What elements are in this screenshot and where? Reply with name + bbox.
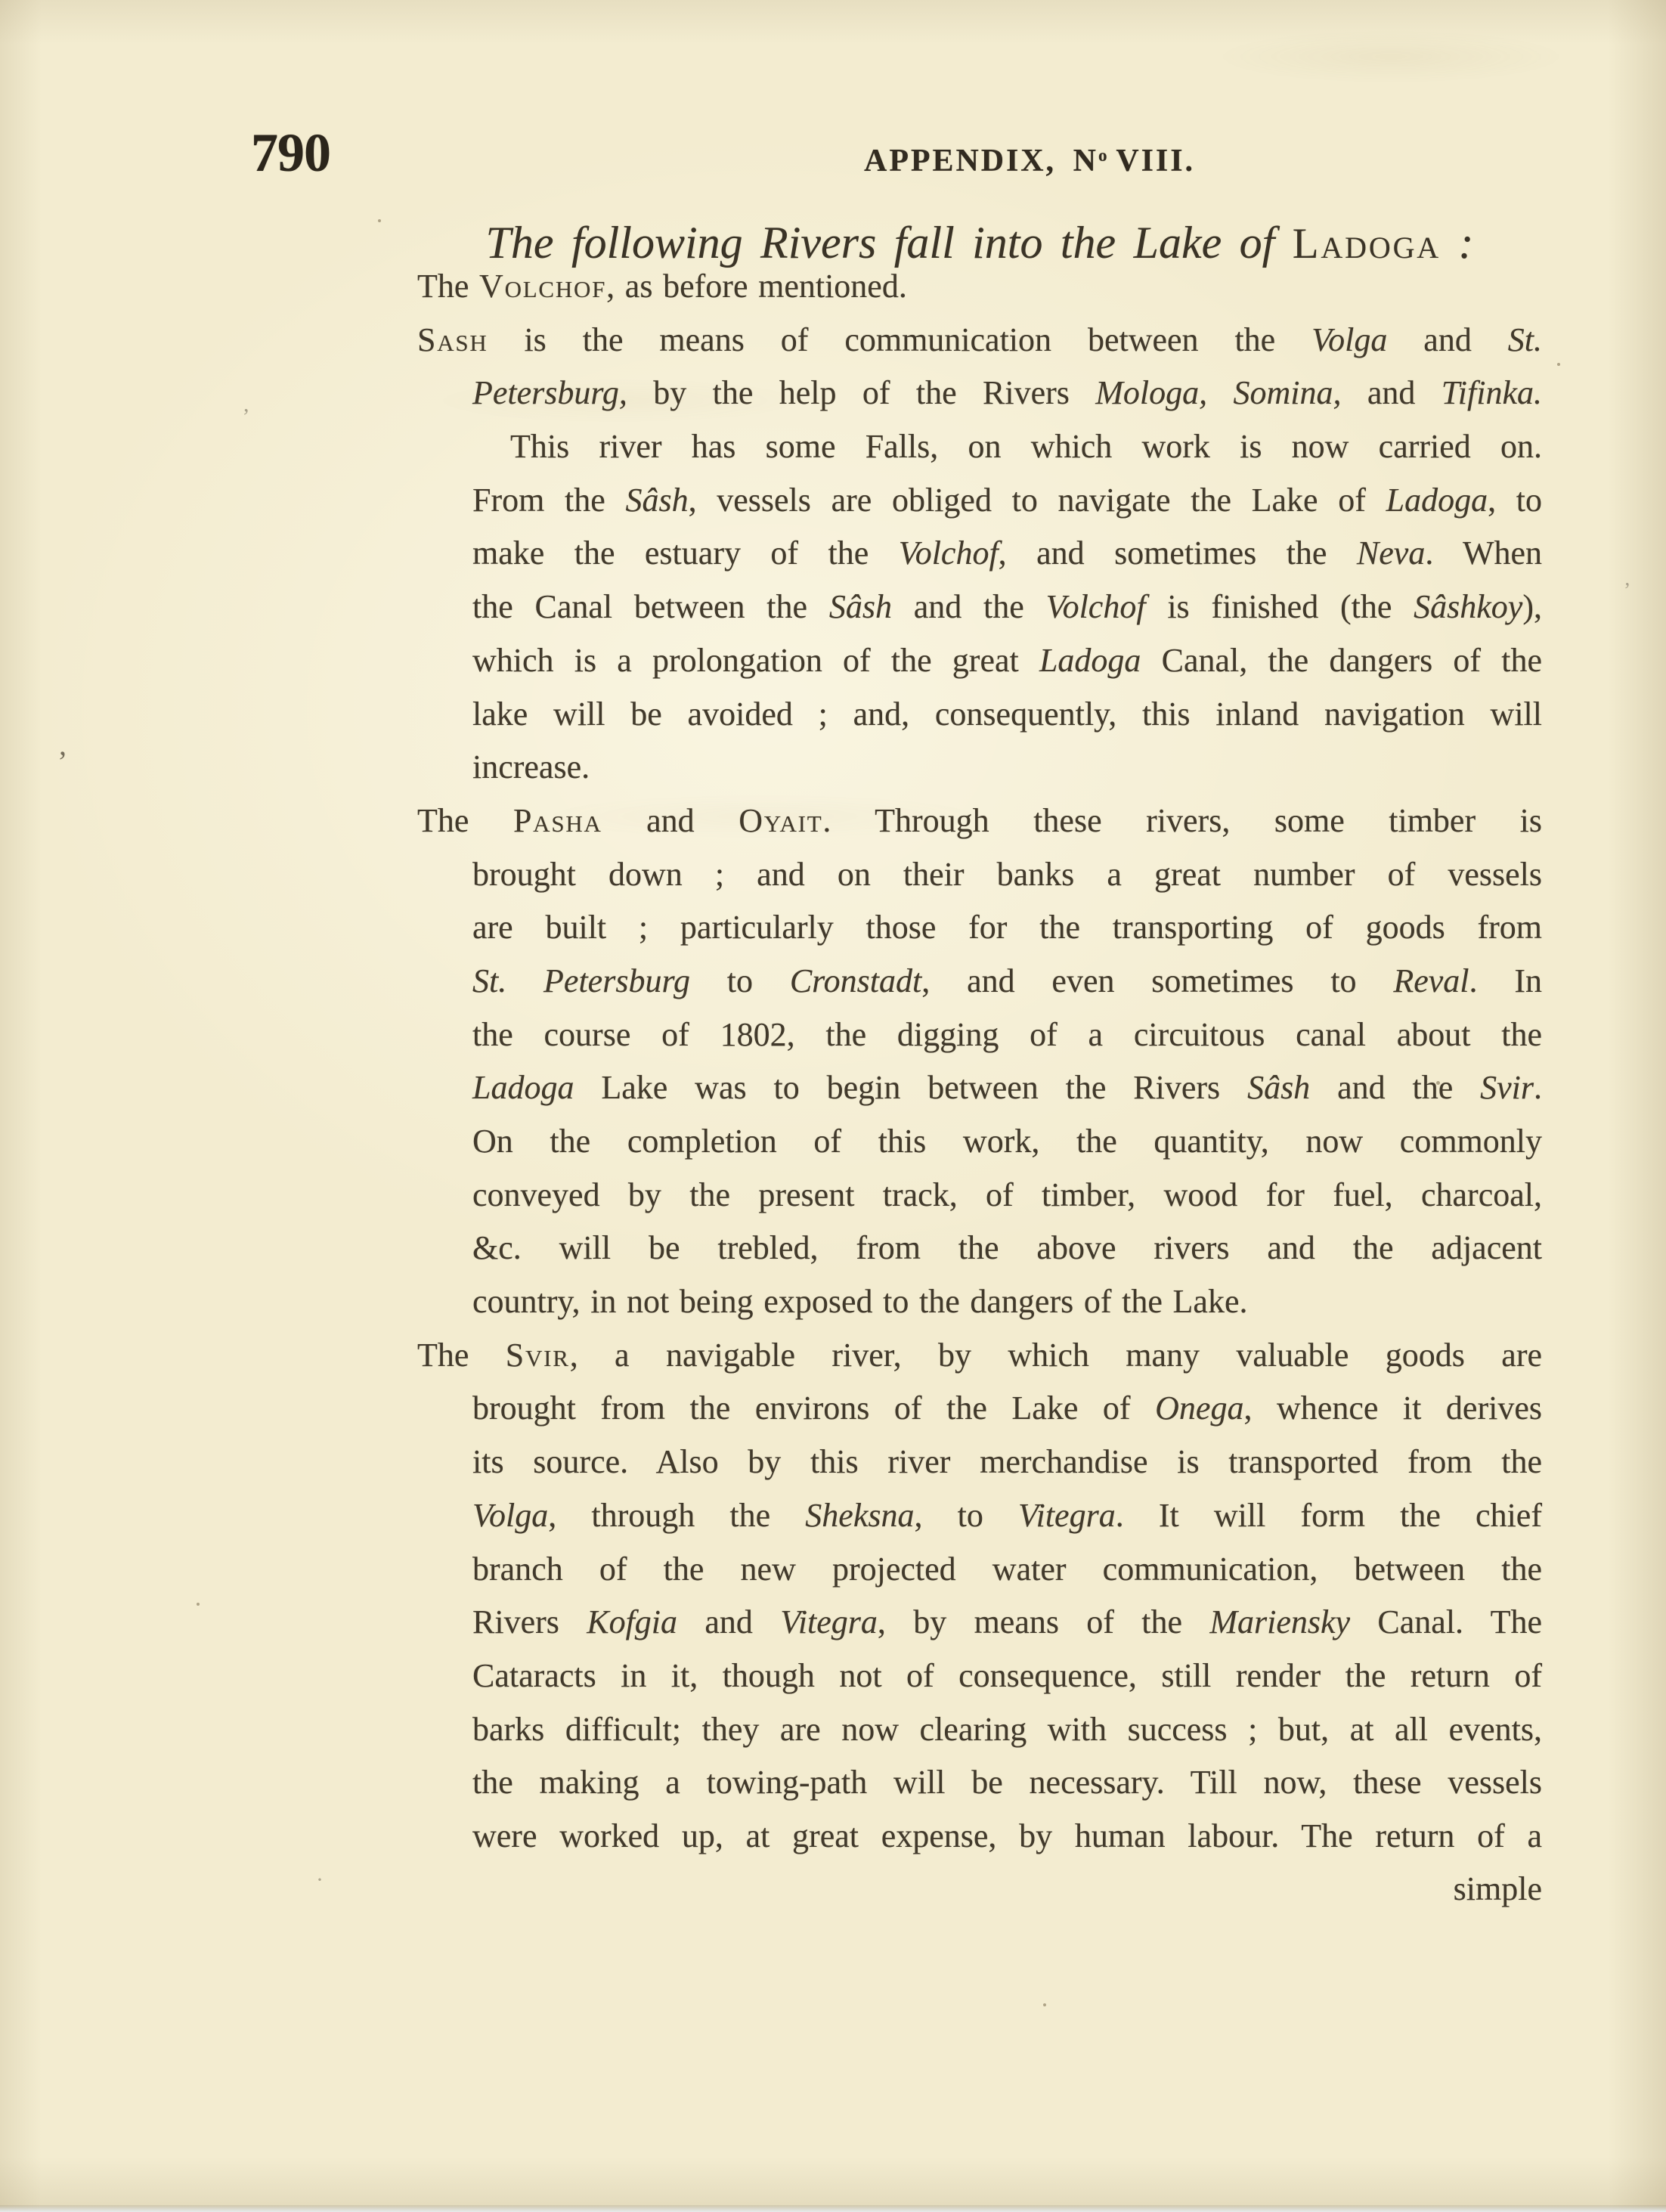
- text-segment: , whence it derives: [1243, 1389, 1542, 1427]
- text-segment: its source. Also by this river merchandi…: [472, 1443, 1542, 1480]
- text-segment: , vessels are obliged to navigate the La…: [689, 482, 1386, 519]
- text-segment: , and even sometimes to: [921, 962, 1393, 999]
- text-segment: lake will be avoided ; and, consequently…: [472, 696, 1542, 733]
- text-line: Volga, through the Sheksna, to Vitegra. …: [417, 1489, 1542, 1543]
- scan-edge: [0, 2205, 1666, 2212]
- text-line: Rivers Kofgia and Vitegra, by means of t…: [417, 1596, 1542, 1650]
- text-line: The Pasha and Oyait. Through these river…: [417, 795, 1542, 848]
- text-segment: Tifinka.: [1441, 374, 1542, 411]
- text-segment: Sâsh: [1247, 1069, 1310, 1106]
- text-segment: Svir: [1480, 1069, 1534, 1106]
- text-segment: and: [677, 1603, 780, 1640]
- text-line: brought from the environs of the Lake of…: [417, 1382, 1542, 1436]
- text-segment: Petersburg,: [472, 374, 627, 411]
- text-segment: This river has some Falls, on which work…: [510, 428, 1542, 465]
- text-segment: and: [1387, 321, 1507, 358]
- text-line: branch of the new projected water commun…: [417, 1543, 1542, 1597]
- text-segment: Volga: [472, 1497, 548, 1534]
- text-line: barks difficult; they are now clearing w…: [417, 1703, 1542, 1757]
- text-segment: .: [1534, 1069, 1542, 1106]
- text-segment: . It will form the chief: [1116, 1497, 1542, 1534]
- text-segment: Oyait: [739, 802, 822, 839]
- text-line: St. Petersburg to Cronstadt, and even so…: [417, 955, 1542, 1008]
- text-line: &c. will be trebled, from the above rive…: [417, 1222, 1542, 1275]
- text-segment: , as before mentioned.: [606, 268, 907, 305]
- text-segment: , through the: [548, 1497, 805, 1534]
- scan-artifact: ’: [1624, 581, 1630, 602]
- text-segment: were worked up, at great expense, by hum…: [472, 1817, 1542, 1854]
- text-segment: Mariensky: [1209, 1603, 1350, 1640]
- show-through-smudge: [1209, 30, 1572, 83]
- text-line: country, in not being exposed to the dan…: [417, 1275, 1542, 1329]
- text-line: its source. Also by this river merchandi…: [417, 1436, 1542, 1489]
- text-segment: Onega: [1155, 1389, 1243, 1427]
- text-segment: by the help of the Rivers: [627, 374, 1095, 411]
- text-segment: Cataracts in it, though not of consequen…: [472, 1657, 1542, 1694]
- text-segment: . When: [1425, 534, 1542, 572]
- text-line: This river has some Falls, on which work…: [417, 420, 1542, 474]
- text-segment: Somina,: [1234, 374, 1342, 411]
- text-line: increase.: [417, 741, 1542, 795]
- paper-speck: [1043, 2003, 1046, 2006]
- text-line: the course of 1802, the digging of a cir…: [417, 1008, 1542, 1062]
- text-segment: Vitegra: [780, 1603, 878, 1640]
- text-segment: brought from the environs of the Lake of: [472, 1389, 1155, 1427]
- text-segment: brought down ; and on their banks a grea…: [472, 856, 1542, 893]
- text-segment: increase.: [472, 748, 590, 785]
- text-line: are built ; particularly those for the t…: [417, 901, 1542, 955]
- text-segment: ),: [1522, 588, 1542, 625]
- text-segment: which is a prolongation of the great: [472, 642, 1039, 679]
- text-segment: Sâshkoy: [1414, 588, 1522, 625]
- paper-speck: [197, 1603, 200, 1606]
- scan-artifact: ·: [316, 1869, 324, 1891]
- text-segment: , by means of the: [878, 1603, 1209, 1640]
- text-segment: Ladoga: [1039, 642, 1141, 679]
- text-segment: Lake was to begin between the Rivers: [574, 1069, 1247, 1106]
- paper-speck: [1557, 363, 1560, 366]
- text-segment: Sâsh: [625, 482, 688, 519]
- text-line: were worked up, at great expense, by hum…: [417, 1810, 1542, 1863]
- text-segment: Sash: [417, 321, 488, 358]
- text-segment: Mologa,: [1095, 374, 1207, 411]
- catchword: simple: [417, 1863, 1542, 1916]
- text-segment: St. Petersburg: [472, 962, 690, 999]
- text-segment: barks difficult; they are now clearing w…: [472, 1711, 1542, 1748]
- text-segment: The: [417, 268, 479, 305]
- text-segment: Volchof: [899, 534, 999, 572]
- text-segment: [1207, 374, 1233, 411]
- text-segment: The: [417, 1337, 506, 1374]
- text-segment: branch of the new projected water commun…: [472, 1551, 1542, 1588]
- text-segment: , to: [1488, 482, 1542, 519]
- text-segment: , a navigable river, by which many valua…: [570, 1337, 1542, 1374]
- page-number: 790: [251, 125, 330, 180]
- text-line: Sash is the means of communication betwe…: [417, 314, 1542, 367]
- text-line: Ladoga Lake was to begin between the Riv…: [417, 1061, 1542, 1115]
- text-segment: Kofgia: [587, 1603, 677, 1640]
- text-segment: Ladoga: [472, 1069, 574, 1106]
- text-segment: to: [690, 962, 790, 999]
- text-segment: Reval: [1393, 962, 1469, 999]
- text-segment: On the completion of this work, the quan…: [472, 1123, 1542, 1160]
- running-header-prefix: APPENDIX, N: [864, 144, 1098, 178]
- text-segment: the course of 1802, the digging of a cir…: [472, 1016, 1542, 1053]
- text-segment: Neva: [1357, 534, 1425, 572]
- text-segment: Sâsh: [829, 588, 892, 625]
- text-segment: Svir: [506, 1337, 570, 1374]
- text-segment: . Through these rivers, some timber is: [822, 802, 1542, 839]
- text-line: conveyed by the present track, of timber…: [417, 1169, 1542, 1222]
- text-line: which is a prolongation of the great Lad…: [417, 634, 1542, 688]
- text-segment: Cronstadt: [790, 962, 921, 999]
- scanned-book-page: 790 APPENDIX, NoVIII. The following Rive…: [0, 0, 1666, 2212]
- text-segment: and: [1342, 374, 1441, 411]
- text-line: On the completion of this work, the quan…: [417, 1115, 1542, 1169]
- text-segment: the making a towing-path will be necessa…: [472, 1764, 1542, 1801]
- text-line: Cataracts in it, though not of consequen…: [417, 1650, 1542, 1703]
- text-segment: Ladoga: [1386, 482, 1488, 519]
- text-segment: Sheksna: [805, 1497, 914, 1534]
- paper-speck: [378, 219, 381, 222]
- text-segment: country, in not being exposed to the dan…: [472, 1283, 1248, 1320]
- text-segment: , to: [914, 1497, 1018, 1534]
- body-text: The Volchof, as before mentioned.Sash is…: [417, 260, 1542, 1863]
- text-segment: make the estuary of the: [472, 534, 899, 572]
- text-segment: Pasha: [513, 802, 602, 839]
- text-segment: Volchof: [1046, 588, 1146, 625]
- running-header-ordinal: o: [1098, 145, 1110, 165]
- text-line: the Canal between the Sâsh and the Volch…: [417, 581, 1542, 634]
- text-line: the making a towing-path will be necessa…: [417, 1756, 1542, 1810]
- text-segment: , and sometimes the: [999, 534, 1357, 572]
- text-line: The Svir, a navigable river, by which ma…: [417, 1329, 1542, 1383]
- text-segment: conveyed by the present track, of timber…: [472, 1176, 1542, 1213]
- text-segment: . In: [1469, 962, 1542, 999]
- text-segment: Canal, the dangers of the: [1141, 642, 1542, 679]
- text-segment: Vitegra: [1018, 1497, 1116, 1534]
- text-line: brought down ; and on their banks a grea…: [417, 848, 1542, 902]
- running-header-suffix: VIII.: [1116, 144, 1195, 178]
- text-segment: From the: [472, 482, 625, 519]
- running-header: APPENDIX, NoVIII.: [467, 145, 1592, 177]
- text-segment: &c. will be trebled, from the above rive…: [472, 1229, 1542, 1266]
- text-line: From the Sâsh, vessels are obliged to na…: [417, 474, 1542, 528]
- text-segment: Volchof: [479, 268, 606, 305]
- text-segment: Volga: [1311, 321, 1387, 358]
- text-segment: The: [417, 802, 513, 839]
- text-segment: are built ; particularly those for the t…: [472, 909, 1542, 946]
- text-segment: and the: [892, 588, 1046, 625]
- scan-artifact: ’: [57, 747, 67, 777]
- text-segment: is finished (the: [1146, 588, 1414, 625]
- text-segment: the Canal between the: [472, 588, 829, 625]
- text-segment: Canal. The: [1350, 1603, 1542, 1640]
- text-line: make the estuary of the Volchof, and som…: [417, 527, 1542, 581]
- text-line: Petersburg, by the help of the Rivers Mo…: [417, 367, 1542, 420]
- text-segment: Rivers: [472, 1603, 587, 1640]
- text-segment: and the: [1310, 1069, 1480, 1106]
- scan-artifact: ,: [243, 393, 249, 416]
- text-segment: is the means of communication between th…: [488, 321, 1312, 358]
- text-segment: St.: [1508, 321, 1542, 358]
- text-line: lake will be avoided ; and, consequently…: [417, 688, 1542, 742]
- text-line: The Volchof, as before mentioned.: [417, 260, 1542, 314]
- text-segment: and: [602, 802, 739, 839]
